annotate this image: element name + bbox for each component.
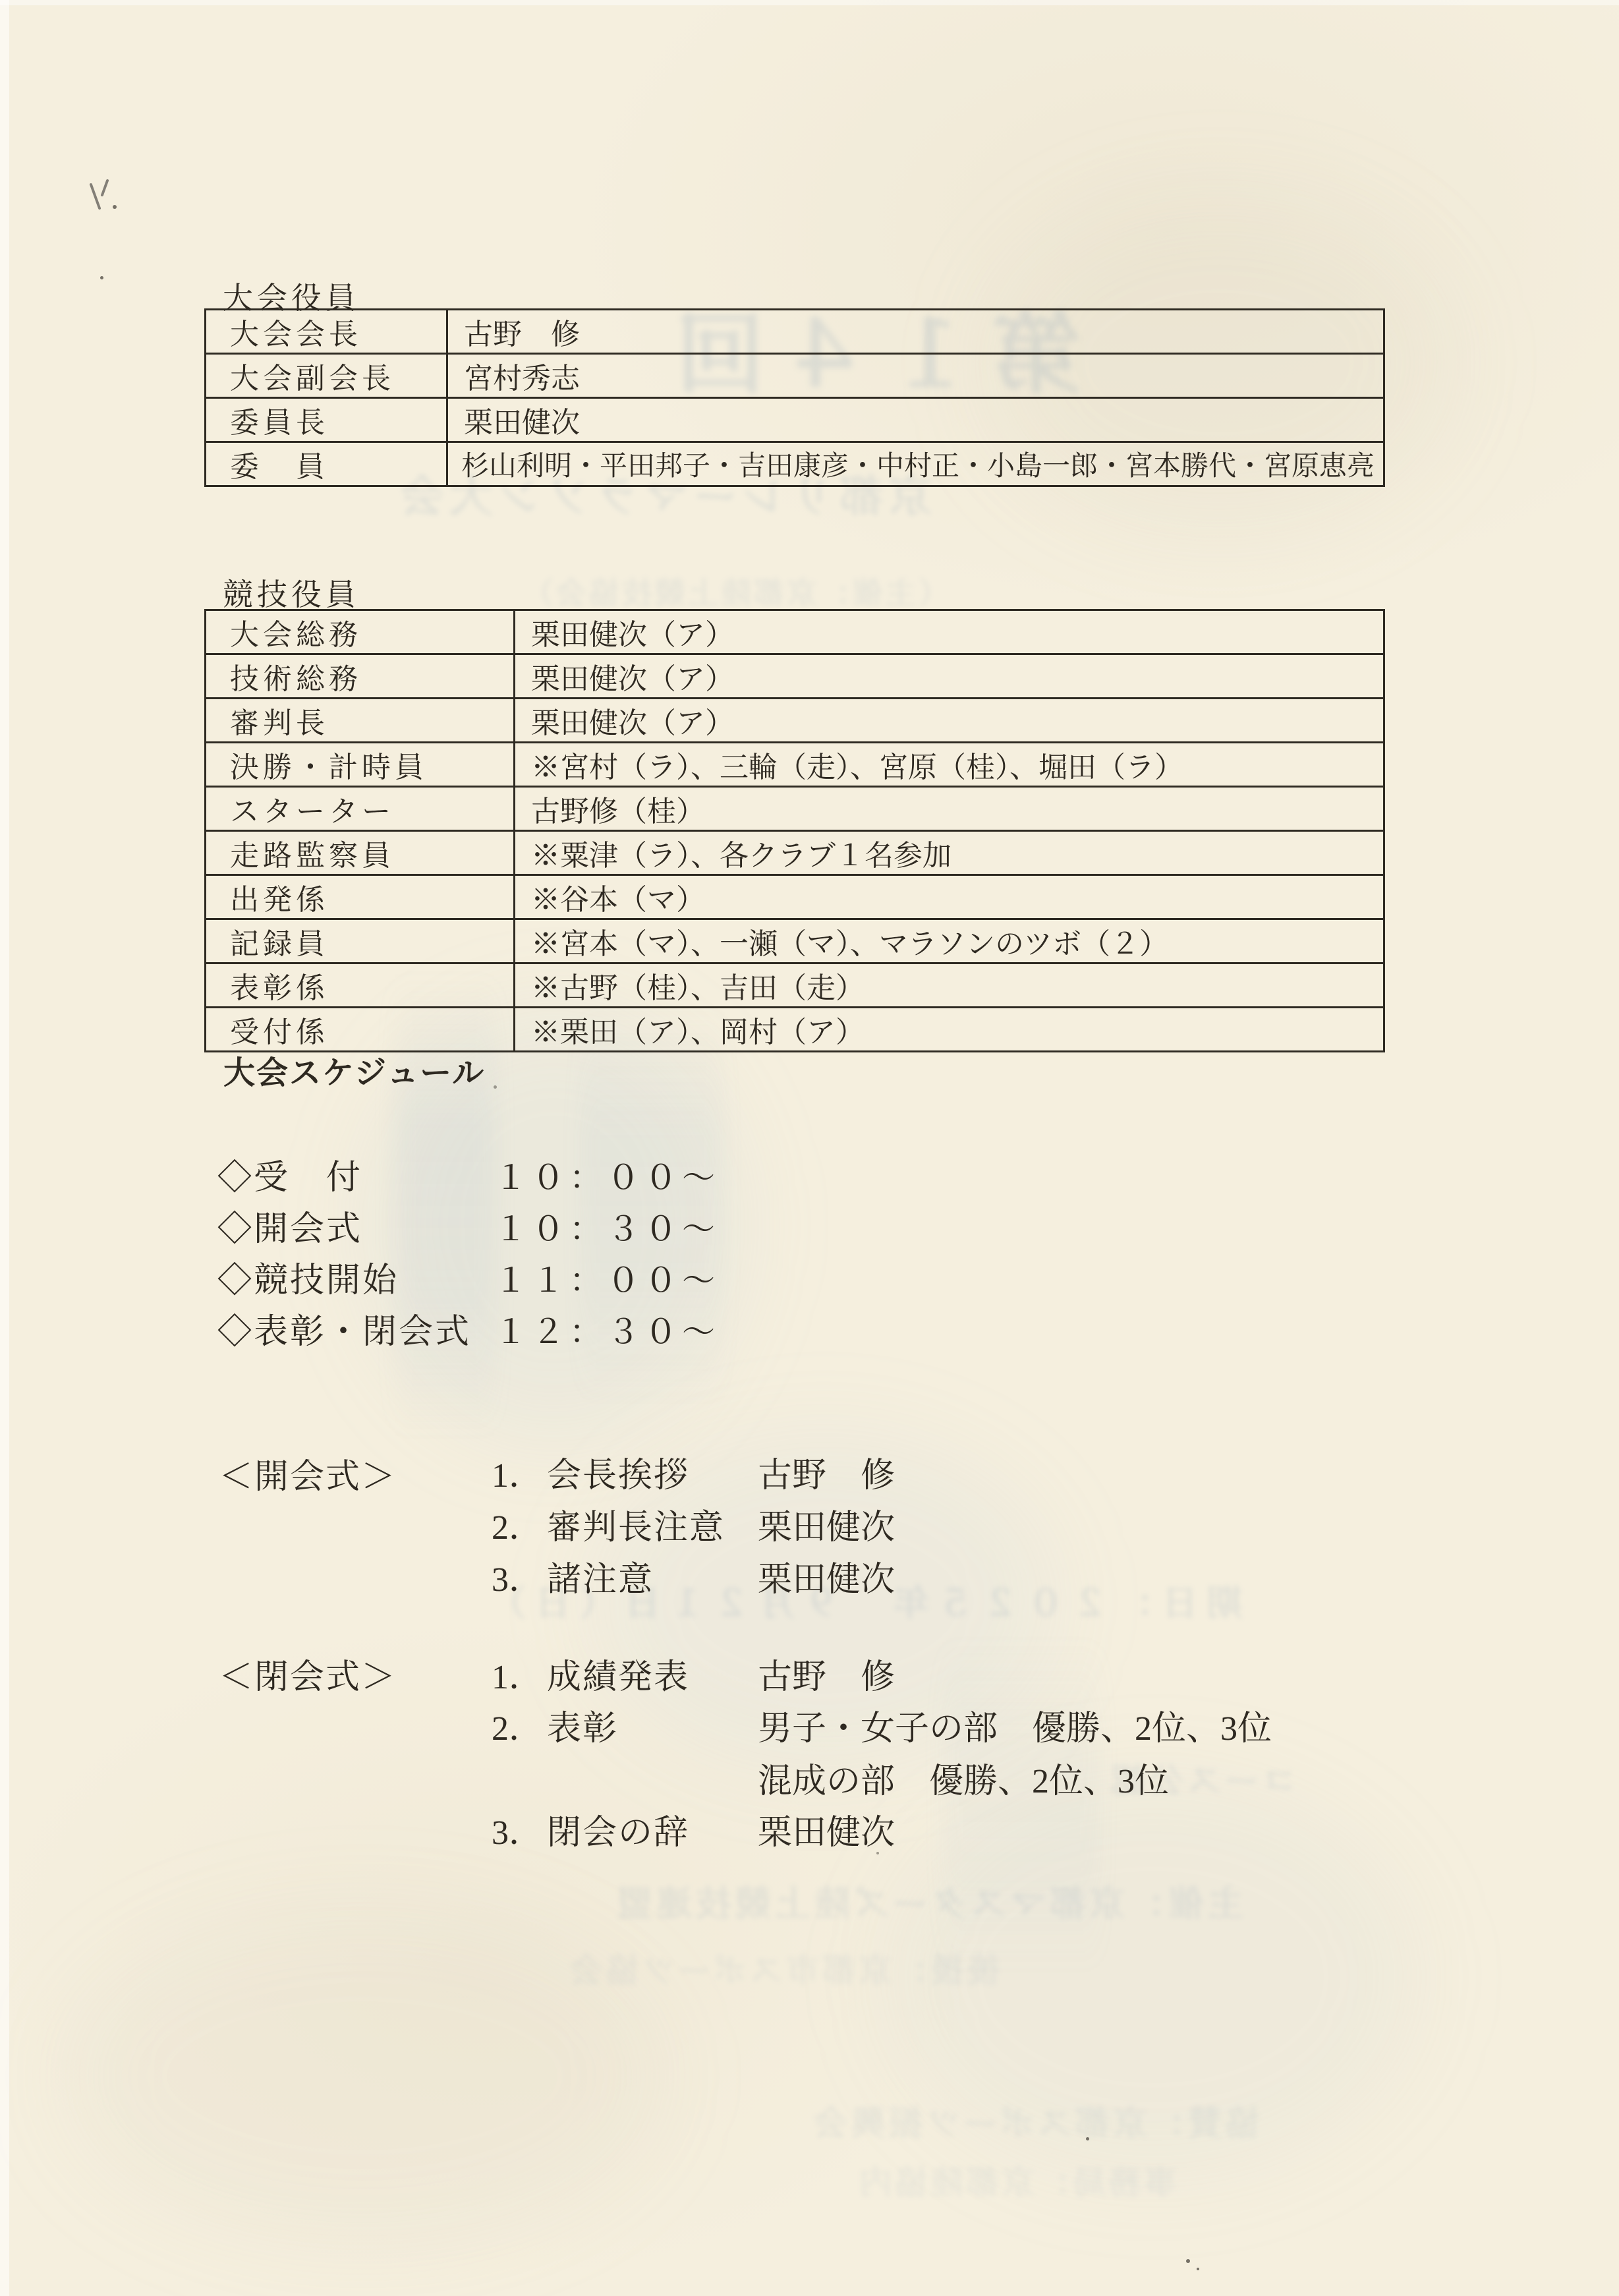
ink-speck [1197,2268,1199,2270]
schedule-item: ◇表彰・閉会式１２：３０～ [217,1304,720,1353]
item-label: 審判長注意 [547,1499,758,1549]
scan-edge [0,0,1619,5]
table-row: 出発係 ※谷本（マ） [206,875,1384,919]
item-number: 3． [492,1551,547,1601]
row-label: 審判長 [206,699,515,743]
table-row: 委員長 栗田健次 [206,398,1384,442]
row-label: 大会副会長 [206,354,447,398]
scan-edge [0,0,9,2296]
closing-ceremony-item-continuation: 混成の部 優勝、2位、3位 [758,1753,1169,1802]
item-person: 栗田健次 [758,1814,895,1852]
officials-table: 大会会長 古野 修 大会副会長 宮村秀志 委員長 栗田健次 委 員 杉山利明・平… [204,308,1385,487]
row-label: 表彰係 [206,963,515,1008]
closing-ceremony-item: 1．成績発表古野 修 [492,1649,895,1698]
row-value: 栗田健次（ア） [515,610,1384,654]
item-person: 古野 修 [758,1659,895,1696]
item-person: 栗田健次 [758,1509,895,1547]
item-number: 2． [492,1700,547,1750]
item-number: 2． [492,1499,547,1549]
table-row: 大会副会長 宮村秀志 [206,354,1384,398]
row-label: 委員長 [206,398,447,442]
pen-mark [84,177,115,214]
row-value: 栗田健次 [447,398,1384,442]
item-number: 1． [492,1649,547,1698]
row-value: ※古野（桂）、吉田（走） [515,963,1384,1008]
row-value: 古野修（桂） [515,787,1384,831]
item-number: 1． [492,1447,547,1497]
item-number: 3． [492,1804,547,1854]
row-label: 技術総務 [206,654,515,699]
table-row: 走路監察員 ※粟津（ラ）、各クラブ１名参加 [206,831,1384,875]
opening-ceremony-item: 3．諸注意栗田健次 [492,1551,895,1601]
schedule-item-label: ◇受 付 [217,1149,494,1199]
row-label: 受付係 [206,1008,515,1052]
ink-speck [113,205,117,209]
opening-ceremony-title: ＜開会式＞ [219,1449,397,1498]
item-person: 古野 修 [758,1457,895,1495]
ink-speck [494,1085,497,1089]
item-detail: 男子・女子の部 優勝、2位、3位 [758,1710,1272,1748]
table-row: 記録員 ※宮本（マ）、一瀬（マ）、マラソンのツボ（２） [206,919,1384,963]
closing-ceremony-item: 2．表彰男子・女子の部 優勝、2位、3位 [492,1700,1272,1750]
schedule-item-label: ◇表彰・閉会式 [217,1304,494,1353]
row-label: 記録員 [206,919,515,963]
table-row: 大会会長 古野 修 [206,310,1384,354]
bleedthrough-text: 主催：京都マスターズ陸上競技連盟 [613,1876,1243,1926]
row-value: 杉山利明・平田邦子・吉田康彦・中村正・小島一郎・宮本勝代・宮原恵亮 [447,442,1384,486]
bleedthrough-text: 事務局：京都陸協内 [857,2156,1177,2204]
table-row: 決勝・計時員 ※宮村（ラ）、三輪（走）、宮原（桂）、堀田（ラ） [206,743,1384,787]
row-label: 出発係 [206,875,515,919]
bleedthrough-text: 後援：京都市スポーツ協会 [567,1944,1000,1992]
schedule-item: ◇受 付１０：００～ [217,1149,720,1199]
row-label: スターター [206,787,515,831]
ink-speck [1186,2259,1190,2263]
schedule-item-label: ◇競技開始 [217,1252,494,1302]
ink-speck [100,276,103,279]
row-value: 宮村秀志 [447,354,1384,398]
table-row: 大会総務 栗田健次（ア） [206,610,1384,654]
schedule-heading: 大会スケジュール [223,1047,485,1093]
ink-speck [1086,2137,1089,2140]
competition-officials-table: 大会総務 栗田健次（ア） 技術総務 栗田健次（ア） 審判長 栗田健次（ア） 決勝… [204,609,1385,1052]
scanned-document-page: 第１４回 京都リレーマラソン大会 （主催：京都陸上競技協会） 期日：２０２５年 … [0,0,1619,2296]
item-label: 表彰 [547,1700,758,1750]
row-value: 栗田健次（ア） [515,654,1384,699]
item-label: 成績発表 [547,1649,758,1698]
schedule-item-label: ◇開会式 [217,1201,494,1250]
row-label: 大会会長 [206,310,447,354]
row-value: ※粟津（ラ）、各クラブ１名参加 [515,831,1384,875]
closing-ceremony-item: 3．閉会の辞栗田健次 [492,1804,895,1854]
closing-ceremony-title: ＜閉会式＞ [219,1649,397,1698]
table-row: スターター 古野修（桂） [206,787,1384,831]
row-value: 栗田健次（ア） [515,699,1384,743]
row-label: 委 員 [206,442,447,486]
table-row: 技術総務 栗田健次（ア） [206,654,1384,699]
row-value: ※宮村（ラ）、三輪（走）、宮原（桂）、堀田（ラ） [515,743,1384,787]
opening-ceremony-item: 1．会長挨拶古野 修 [492,1447,895,1497]
table-row: 表彰係 ※古野（桂）、吉田（走） [206,963,1384,1008]
schedule-item-time: １０：３０～ [494,1211,720,1248]
table-row: 受付係 ※栗田（ア）、岡村（ア） [206,1008,1384,1052]
row-label: 大会総務 [206,610,515,654]
row-value: ※谷本（マ） [515,875,1384,919]
item-label: 会長挨拶 [547,1447,758,1497]
schedule-item: ◇競技開始１１：００～ [217,1252,720,1302]
row-value: ※栗田（ア）、岡村（ア） [515,1008,1384,1052]
item-person: 栗田健次 [758,1561,895,1599]
schedule-item-time: １０：００～ [494,1159,720,1196]
table-row: 審判長 栗田健次（ア） [206,699,1384,743]
item-label: 閉会の辞 [547,1804,758,1854]
row-label: 決勝・計時員 [206,743,515,787]
row-value: 古野 修 [447,310,1384,354]
item-label: 諸注意 [547,1551,758,1601]
bleedthrough-text: 協賛：京都スポーツ振興会 [810,2096,1260,2145]
schedule-item: ◇開会式１０：３０～ [217,1201,720,1250]
opening-ceremony-item: 2．審判長注意栗田健次 [492,1499,895,1549]
row-label: 走路監察員 [206,831,515,875]
competition-officials-heading: 競技役員 [223,571,360,614]
bleedthrough-text: （主催：京都陸上競技協会） [521,569,949,613]
schedule-item-time: １１：００～ [494,1262,720,1299]
table-row: 委 員 杉山利明・平田邦子・吉田康彦・中村正・小島一郎・宮本勝代・宮原恵亮 [206,442,1384,486]
row-value: ※宮本（マ）、一瀬（マ）、マラソンのツボ（２） [515,919,1384,963]
schedule-item-time: １２：３０～ [494,1313,720,1350]
